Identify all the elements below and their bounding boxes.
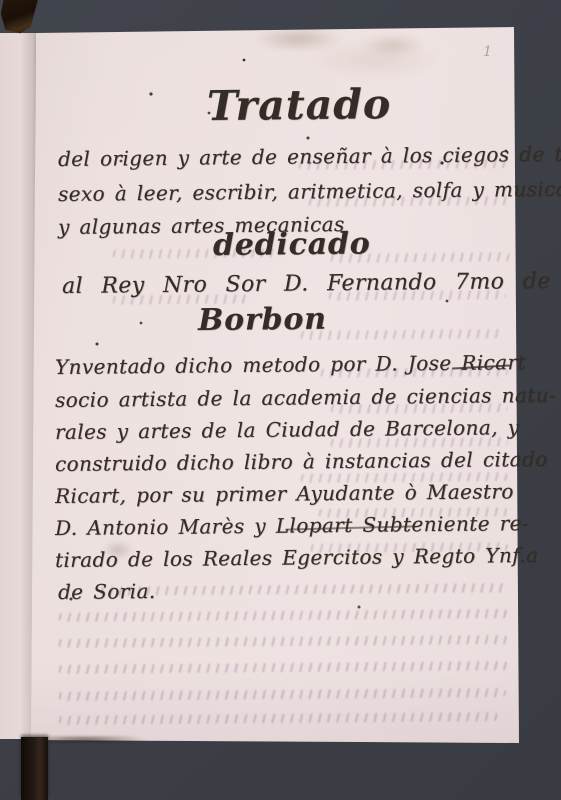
body-line-7: tirado de los Reales Egercitos y Regto Y… xyxy=(55,543,539,572)
dedication-line: al Rey Nro Sor D. Fernando 7mo de xyxy=(62,269,551,299)
paper-stain xyxy=(290,34,460,86)
folio-number: 1 xyxy=(483,44,492,60)
body-line-3: rales y artes de la Ciudad de Barcelona,… xyxy=(55,415,520,444)
dedication-heading: dedicado xyxy=(213,226,371,263)
binding-spine-strip xyxy=(21,737,48,800)
body-line-8: de Soria. xyxy=(58,579,156,604)
body-line-5: Ricart, por su primer Ayudante ò Maestro xyxy=(55,479,514,508)
binding-shadow xyxy=(45,736,175,743)
body-line-6: D. Antonio Marès y Llopart Subteniente r… xyxy=(55,511,529,540)
body-line-1: Ynventado dicho metodo por D. Jose Ricar… xyxy=(55,350,526,379)
binding-leather-corner xyxy=(0,0,44,34)
ink-specks xyxy=(0,0,2,2)
facing-page-edge xyxy=(0,33,37,739)
manuscript-scan: 1 Tratado del origen y arte de enseñar à… xyxy=(0,0,561,800)
bleedthrough-line xyxy=(300,329,505,340)
dedication-name: Borbon xyxy=(198,302,327,338)
manuscript-title: Tratado xyxy=(207,80,392,130)
